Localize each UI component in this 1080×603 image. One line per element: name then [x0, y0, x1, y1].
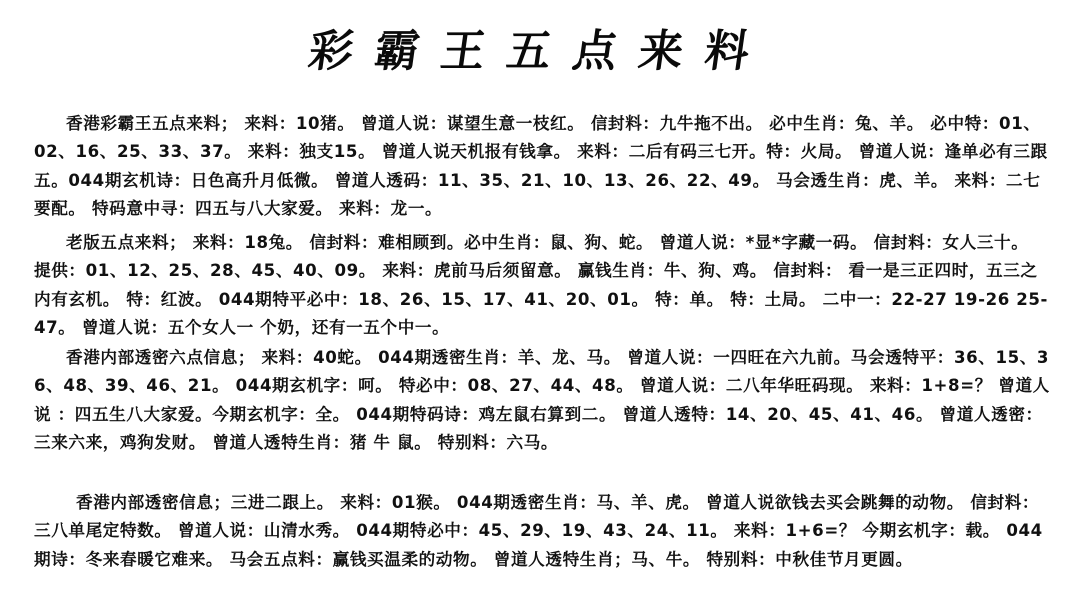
- paragraph-hk-internal-six-point: 香港内部透密六点信息； 来料：40蛇。 044期透密生肖：羊、龙、马。 曾道人说…: [34, 344, 1050, 458]
- document-page: 彩霸王五点来料 香港彩霸王五点来料； 来料：10猪。 曾道人说：谋望生意一枝红。…: [0, 0, 1080, 603]
- paragraph-hk-internal-info: 香港内部透密信息；三进二跟上。 来料：01猴。 044期透密生肖：马、羊、虎。 …: [34, 489, 1050, 575]
- page-title: 彩霸王五点来料: [0, 24, 1080, 80]
- paragraph-old-edition-five-point: 老版五点来料； 来料：18兔。 信封料：难相顾到。必中生肖：鼠、狗、蛇。 曾道人…: [34, 229, 1050, 343]
- paragraph-caibawang-five-point: 香港彩霸王五点来料； 来料：10猪。 曾道人说：谋望生意一枝红。 信封料：九牛拖…: [34, 110, 1050, 224]
